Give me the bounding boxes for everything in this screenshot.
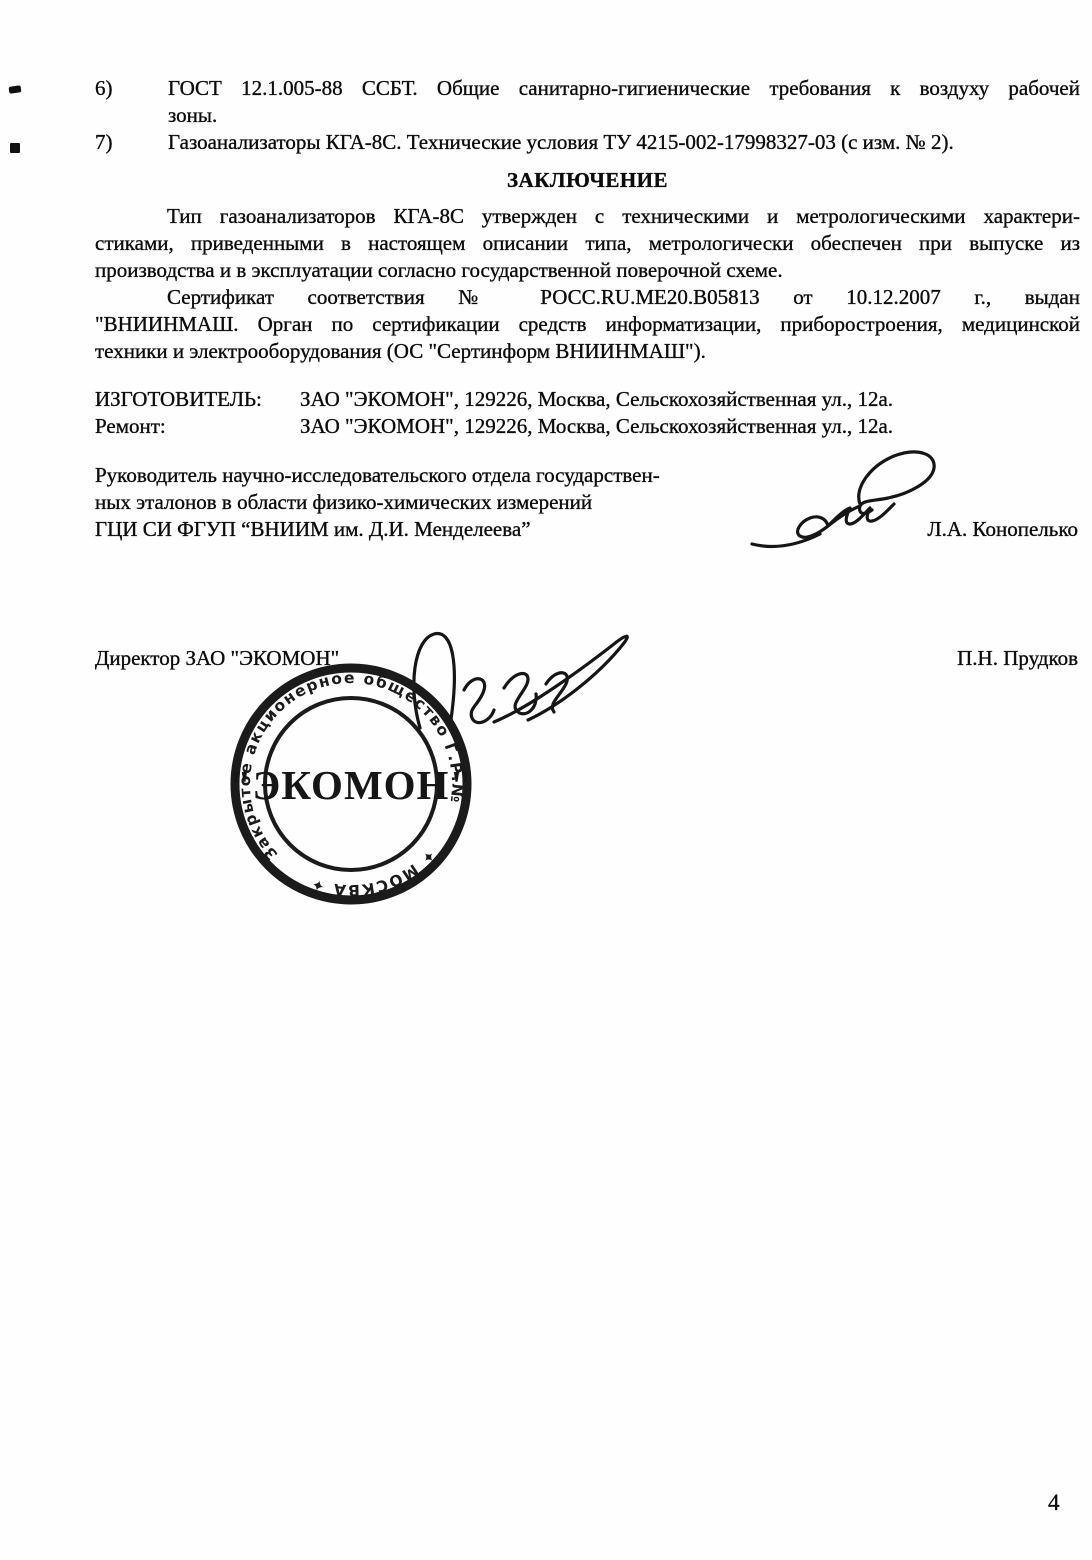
paragraph-line: техники и электрооборудования (ОС "Серти… <box>95 338 1080 365</box>
list-item: 6) ГОСТ 12.1.005-88 ССБТ. Общие санитарн… <box>95 75 1080 129</box>
manufacturer-label: ИЗГОТОВИТЕЛЬ: <box>95 386 300 413</box>
list-item: 7) Газоанализаторы КГА-8С. Технические у… <box>95 129 1080 156</box>
manufacturer-row: ИЗГОТОВИТЕЛЬ: ЗАО "ЭКОМОН", 129226, Моск… <box>95 386 1080 413</box>
document-page: 6) ГОСТ 12.1.005-88 ССБТ. Общие санитарн… <box>0 0 1092 1560</box>
approver-title-line: ГЦИ СИ ФГУП “ВНИИМ им. Д.И. Менделеева” <box>95 516 795 543</box>
manufacturer-block: ИЗГОТОВИТЕЛЬ: ЗАО "ЭКОМОН", 129226, Моск… <box>95 386 1080 440</box>
scan-artifact-dot <box>9 85 22 94</box>
scan-artifact-dot <box>10 143 20 153</box>
conclusion-paragraph-1: Тип газоанализаторов КГА-8С утвержден с … <box>95 203 1080 284</box>
paragraph-line: Тип газоанализаторов КГА-8С утвержден с … <box>95 203 1080 230</box>
page-number: 4 <box>1048 1489 1060 1516</box>
approver-title-line: ных эталонов в области физико-химических… <box>95 489 795 516</box>
section-heading: ЗАКЛЮЧЕНИЕ <box>95 167 1080 194</box>
reference-list: 6) ГОСТ 12.1.005-88 ССБТ. Общие санитарн… <box>95 75 1080 156</box>
repair-row: Ремонт: ЗАО "ЭКОМОН", 129226, Москва, Се… <box>95 413 1080 440</box>
stamp-center-text: "ЭКОМОН" <box>229 762 473 808</box>
list-item-text-line: зоны. <box>168 102 1080 129</box>
paragraph-line: стиками, приведенными в настоящем описан… <box>95 230 1080 257</box>
signature-konopelko <box>742 446 942 558</box>
approver-title-line: Руководитель научно-исследовательского о… <box>95 462 795 489</box>
repair-label: Ремонт: <box>95 413 300 440</box>
list-item-text-line: Газоанализаторы КГА-8С. Технические усло… <box>168 129 1080 156</box>
list-item-text-line: ГОСТ 12.1.005-88 ССБТ. Общие санитарно-г… <box>168 75 1080 102</box>
repair-value: ЗАО "ЭКОМОН", 129226, Москва, Сельскохоз… <box>300 413 893 440</box>
paragraph-line: Сертификат соответствия № РОСС.RU.МЕ20.В… <box>95 284 1080 311</box>
list-item-number: 7) <box>95 129 113 156</box>
manufacturer-value: ЗАО "ЭКОМОН", 129226, Москва, Сельскохоз… <box>300 386 893 413</box>
paragraph-line: производства и в эксплуатации согласно г… <box>95 257 1080 284</box>
paragraph-line: "ВНИИНМАШ. Орган по сертификации средств… <box>95 311 1080 338</box>
director-name: П.Н. Прудков <box>957 645 1078 672</box>
ekomon-stamp: Закрытое акционерное общество Г.Р.№ 2753… <box>228 660 474 910</box>
approver-name: Л.А. Конопелько <box>927 516 1078 543</box>
list-item-number: 6) <box>95 75 113 102</box>
conclusion-paragraph-2: Сертификат соответствия № РОСС.RU.МЕ20.В… <box>95 284 1080 365</box>
